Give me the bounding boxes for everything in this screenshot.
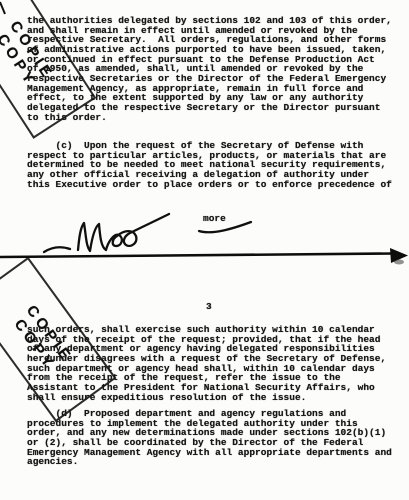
page2-paragraph-continuation: such orders, shall exercise such authori… bbox=[27, 325, 386, 402]
page2-paragraph-d: (d) Proposed department and agency regul… bbox=[27, 409, 392, 467]
arrowhead-icon bbox=[390, 248, 408, 263]
page1-paragraph-continuation: the authorities delegated by sections 10… bbox=[27, 16, 392, 122]
more-continuation-label: more bbox=[203, 214, 226, 224]
page2-page-number: 3 bbox=[206, 302, 212, 312]
scanned-document-page: COPIE COPY COPIE COPY the authorities de… bbox=[0, 0, 409, 500]
page1-paragraph-c: (c) Upon the request of the Secretary of… bbox=[27, 141, 392, 189]
page-separator-line bbox=[0, 248, 408, 265]
